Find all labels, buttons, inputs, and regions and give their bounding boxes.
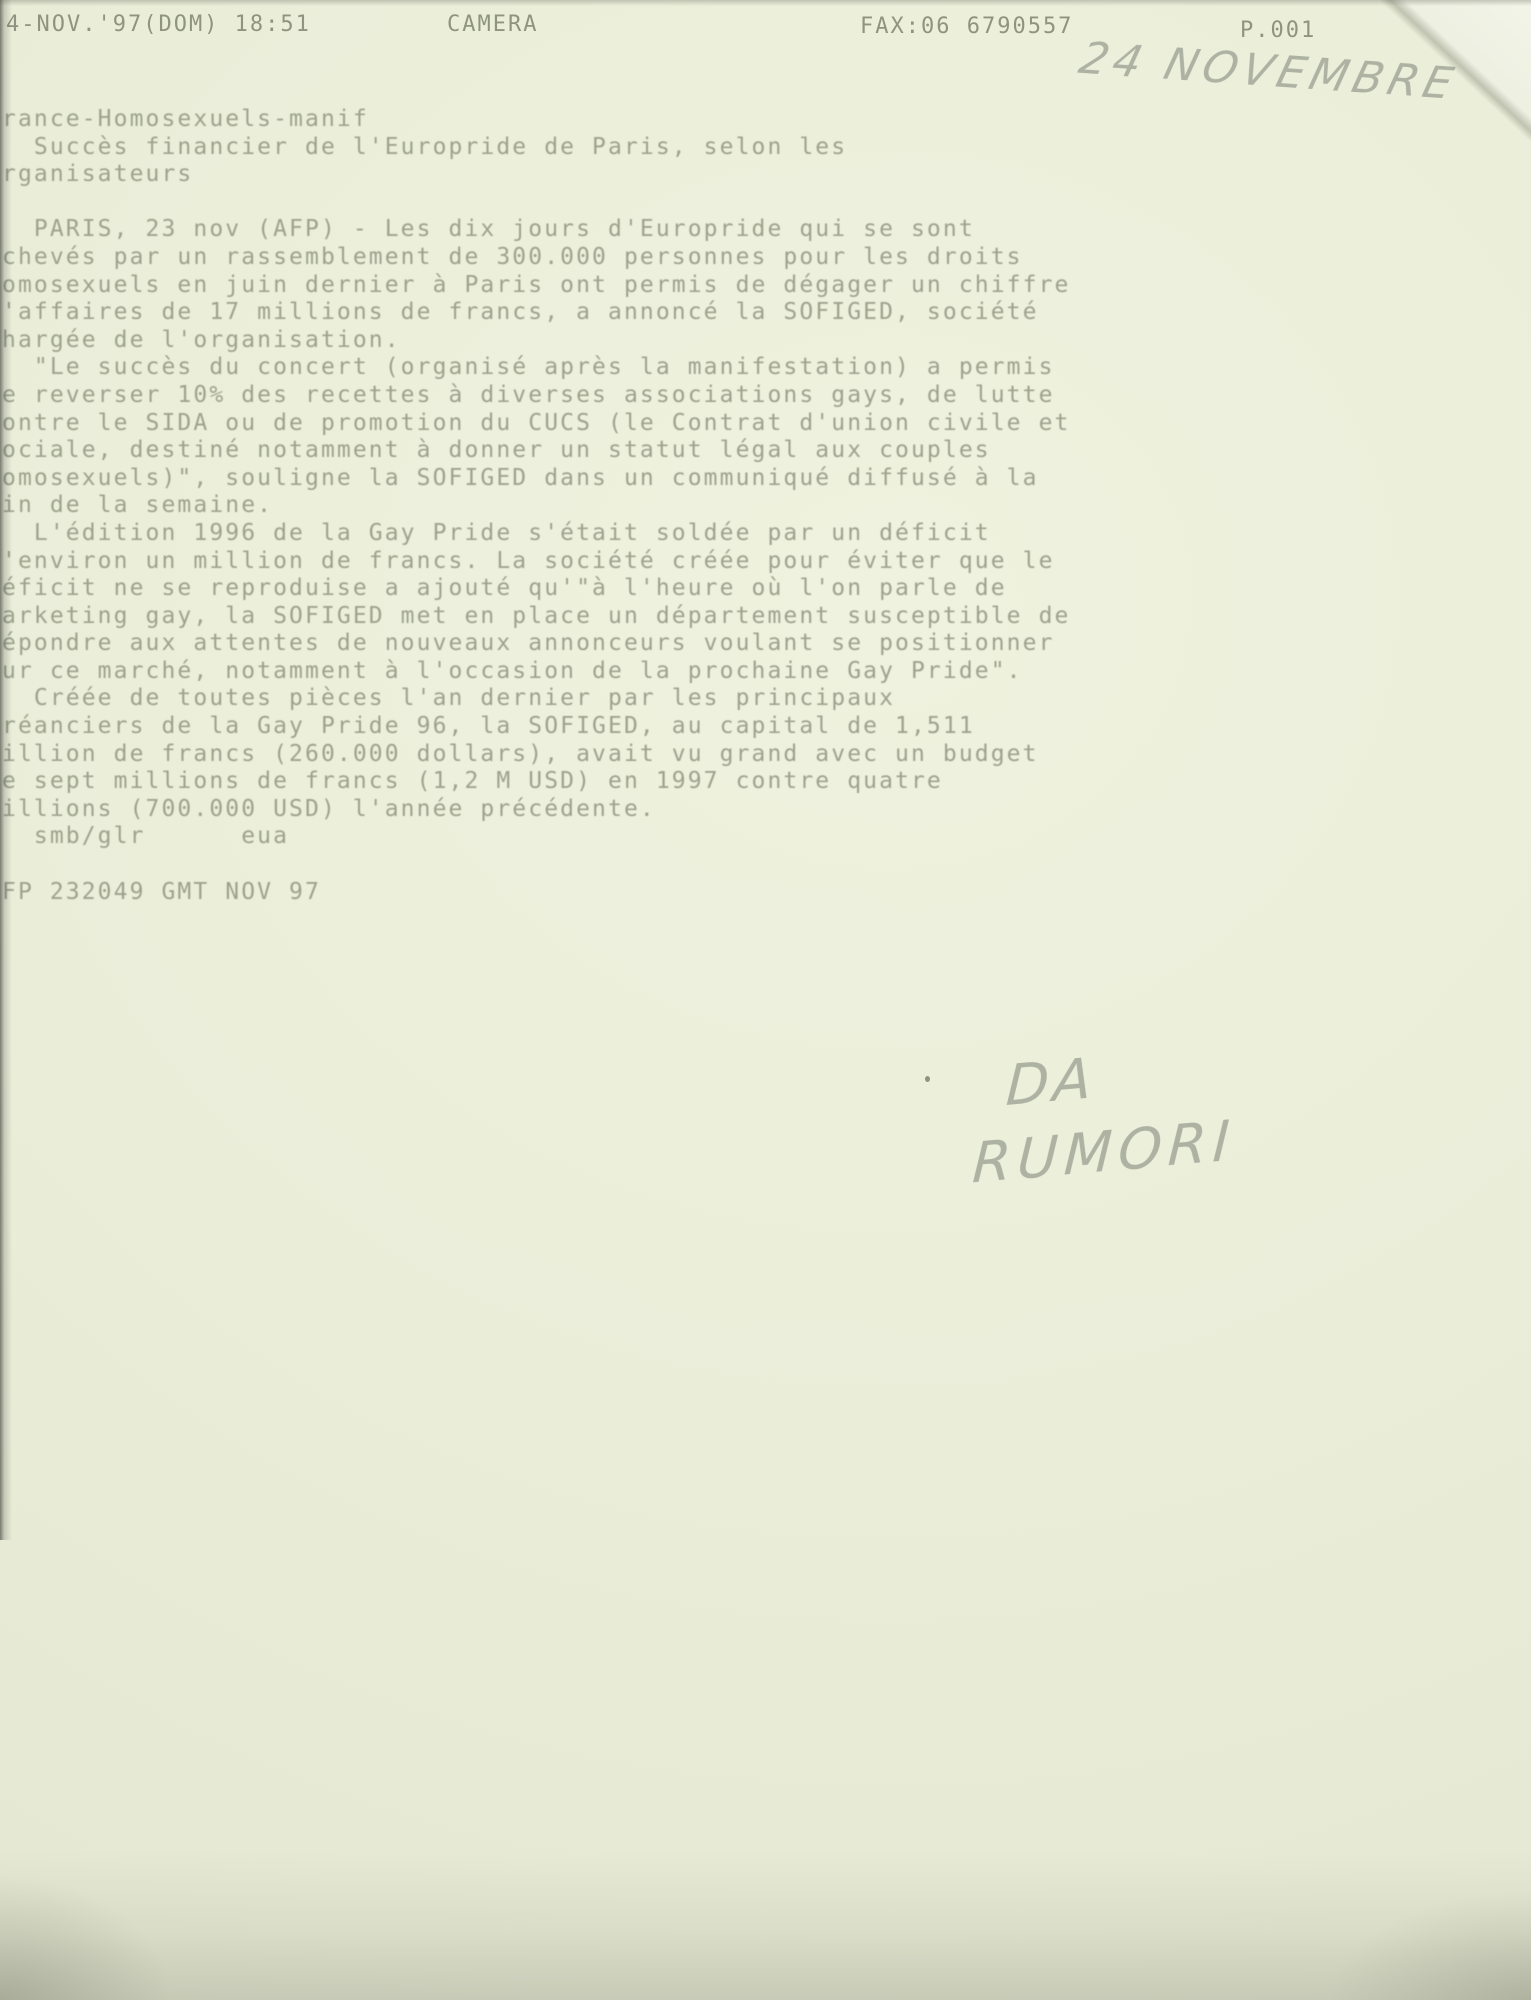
paper-speck [925,1076,930,1082]
fax-header-terminal-name: CAMERA [447,12,538,37]
fax-page: 4-NOV.'97(DOM) 18:51 CAMERA FAX:06 67905… [0,0,1531,2000]
scan-bottom-shade [0,1850,1531,2000]
fax-header-page-number: P.001 [1240,18,1316,43]
handwritten-note-da: DA [1004,1046,1097,1119]
scan-top-edge-shadow [0,0,1531,6]
fax-header-fax-number: FAX:06 6790557 [860,14,1073,39]
handwritten-note-rumori: RUMORI [971,1108,1237,1197]
scan-left-edge-shadow [0,0,12,1540]
article-typewritten-text: rance-Homosexuels-manif Succès financier… [2,106,1070,906]
page-corner-fold [1381,0,1531,140]
fax-header-datetime: 4-NOV.'97(DOM) 18:51 [6,12,311,37]
